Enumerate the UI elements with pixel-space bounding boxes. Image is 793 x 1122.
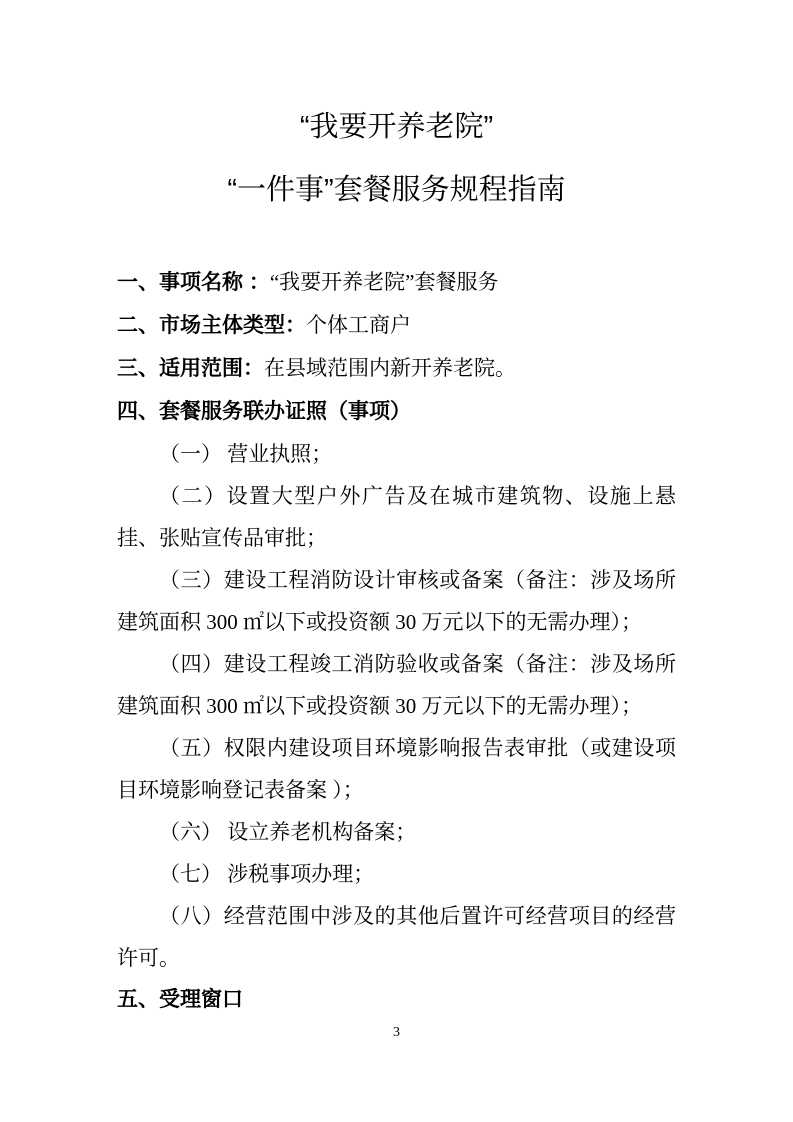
- list-item-8: （八）经营范围中涉及的其他后置许可经营项目的经营许可。: [117, 895, 676, 979]
- list-item-7: （七） 涉税事项办理；: [117, 853, 676, 895]
- section-accept-window-heading: 五、受理窗口: [117, 979, 676, 1021]
- section-market-entity-type: 二、市场主体类型：个体工商户: [117, 304, 676, 347]
- list-item-5: （五）权限内建设项目环境影响报告表审批（或建设项目环境影响登记表备案 ）；: [117, 727, 676, 811]
- document-page: “我要开养老院” “一件事”套餐服务规程指南 一、事项名称 ：“我要开养老院”套…: [0, 0, 793, 1122]
- document-body: 一、事项名称 ：“我要开养老院”套餐服务 二、市场主体类型：个体工商户 三、适用…: [117, 261, 676, 1021]
- section-bundle-licenses-heading-label: 四、套餐服务联办证照（事项）: [117, 400, 411, 423]
- section-applicable-scope: 三、适用范围：在县域范围内新开养老院。: [117, 347, 676, 390]
- section-market-entity-type-value: 个体工商户: [306, 313, 411, 337]
- section-market-entity-type-label: 二、市场主体类型：: [117, 314, 306, 337]
- title-line-2: “一件事”套餐服务规程指南: [0, 159, 793, 222]
- list-item-6: （六） 设立养老机构备案；: [117, 811, 676, 853]
- section-item-name-label: 一、事项名称 ：: [117, 271, 270, 294]
- title-line-1: “我要开养老院”: [0, 96, 793, 159]
- list-item-1: （一） 营业执照；: [117, 433, 676, 475]
- list-item-4: （四）建设工程竣工消防验收或备案（备注：涉及场所建筑面积 300 ㎡以下或投资额…: [117, 643, 676, 727]
- section-item-name-value: “我要开养老院”套餐服务: [270, 270, 499, 294]
- page-number: 3: [393, 1025, 400, 1040]
- page-footer: 3: [0, 1022, 793, 1043]
- list-item-3: （三）建设工程消防设计审核或备案（备注：涉及场所建筑面积 300 ㎡以下或投资额…: [117, 559, 676, 643]
- section-item-name: 一、事项名称 ：“我要开养老院”套餐服务: [117, 261, 676, 304]
- section-bundle-licenses-heading: 四、套餐服务联办证照（事项）: [117, 390, 676, 433]
- section-applicable-scope-label: 三、适用范围：: [117, 357, 264, 380]
- list-item-2: （二）设置大型户外广告及在城市建筑物、设施上悬挂、张贴宣传品审批；: [117, 475, 676, 559]
- document-title: “我要开养老院” “一件事”套餐服务规程指南: [0, 0, 793, 222]
- section-applicable-scope-value: 在县域范围内新开养老院。: [264, 356, 516, 380]
